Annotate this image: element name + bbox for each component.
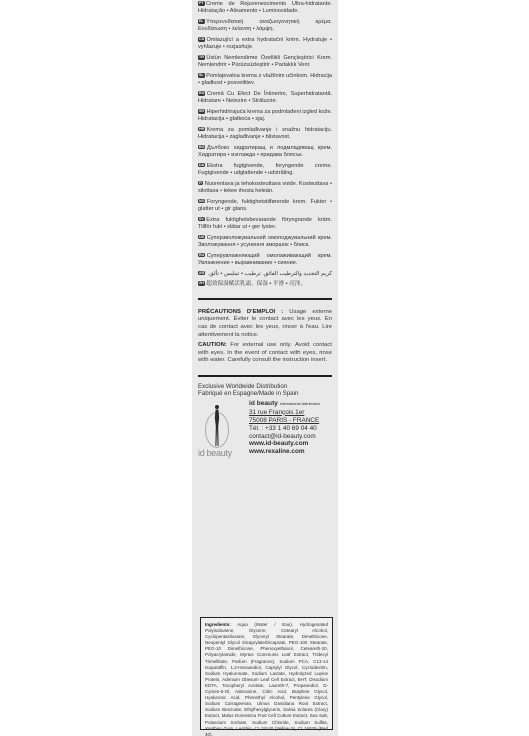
id-beauty-logo: id beauty bbox=[198, 400, 243, 462]
lang-tr: TRÜstün Nemlendirme Özellikli Gençleştir… bbox=[198, 55, 332, 70]
lang-badge: BG bbox=[198, 145, 205, 150]
lang-badge: FI bbox=[198, 181, 203, 186]
lang-badge: NO bbox=[198, 199, 205, 204]
lang-badge: PT bbox=[198, 1, 205, 6]
street-address: 31 rue François 1er bbox=[249, 409, 320, 417]
lang-ro: ROCremă Cu Efect De Întinerire, Superhid… bbox=[198, 91, 332, 106]
section-divider bbox=[198, 375, 332, 377]
lang-cs: CSOmlazující a extra hydratační krém. Hy… bbox=[198, 37, 332, 52]
precautions-en: CAUTION: For external use only. Avoid co… bbox=[192, 342, 338, 365]
logo-wordmark: id beauty bbox=[198, 448, 232, 458]
website-link-rexaline[interactable]: www.rexaline.com bbox=[249, 448, 320, 456]
made-in-line: Fabriqué en Espagne/Made in Spain bbox=[198, 391, 332, 398]
lang-hr: HRKrema za pomlađivanje i snažnu hidrata… bbox=[198, 127, 332, 142]
lang-bg: BGДълбоко хидратиращ и подмладяващ крем.… bbox=[198, 145, 332, 160]
lang-badge: HR bbox=[198, 127, 205, 132]
lang-no: NOForyngende, fuktighetstilførende krem.… bbox=[198, 199, 332, 214]
lang-badge: EL bbox=[198, 19, 205, 24]
lang-badge: RU bbox=[198, 253, 205, 258]
lang-sv: SVExtra fuktighetsbevarande föryngrande … bbox=[198, 217, 332, 232]
lang-badge: SV bbox=[198, 217, 205, 222]
lang-sr: SRHiperhidrirajuća krema za podmlađeni i… bbox=[198, 109, 332, 124]
lang-badge: CS bbox=[198, 37, 205, 42]
lang-badge: UK bbox=[198, 235, 205, 240]
address-block: id beauty international distribution 31 … bbox=[249, 400, 320, 456]
email-address[interactable]: contact@id-beauty.com bbox=[249, 433, 320, 441]
city-address: 75008 PARIS - FRANCE bbox=[249, 417, 320, 425]
company-name: id beauty international distribution bbox=[249, 400, 320, 409]
lang-el: ELΥπερενυδατική αναζωογονητική κρέμα. Εν… bbox=[198, 19, 332, 34]
lang-ru: RUСуперувлажняющий омолаживающий крем. У… bbox=[198, 253, 332, 268]
lang-badge: ZH bbox=[198, 281, 205, 286]
distribution-block: Exclusive Worldwide Distribution Fabriqu… bbox=[192, 384, 338, 468]
lang-da: DAEkstra fugtgivende, foryngende creme. … bbox=[198, 163, 332, 178]
lang-sl: SLPomlajevalna krema z vlažilnim učinkom… bbox=[198, 73, 332, 88]
language-descriptions: PTCreme de Rejuvenescimento Ultra-hidrat… bbox=[192, 0, 338, 289]
lang-badge: SR bbox=[198, 109, 205, 114]
lang-fi: FINuorentava ja tehokosteuttava voide. K… bbox=[198, 181, 332, 196]
ingredients-box: Ingredients: Aqua (Water / Eau), Hydroge… bbox=[200, 617, 333, 730]
lang-zh: ZH超效保湿赋活乳霜。保湿 • 平滑 • 亮泽。 bbox=[198, 281, 332, 288]
lang-ar: ARكريم التجديد والترطيب الفائق. ترطيب • … bbox=[198, 271, 332, 278]
lang-badge: TR bbox=[198, 55, 205, 60]
precautions-fr: PRÉCAUTIONS D'EMPLOI : Usage externe uni… bbox=[192, 309, 338, 339]
lang-badge: DA bbox=[198, 163, 205, 168]
section-divider bbox=[198, 298, 332, 300]
lang-badge: AR bbox=[198, 271, 205, 276]
packaging-label-panel: PTCreme de Rejuvenescimento Ultra-hidrat… bbox=[192, 0, 338, 736]
woman-silhouette-icon bbox=[213, 404, 221, 448]
lang-badge: SL bbox=[198, 73, 205, 78]
lang-badge: RO bbox=[198, 91, 205, 96]
website-link-id-beauty[interactable]: www.id-beauty.com bbox=[249, 440, 320, 448]
lang-uk: UKСуперзволожувальний омолоджувальний кр… bbox=[198, 235, 332, 250]
phone-number: Tél. : +33 1 40 69 04 40 bbox=[249, 425, 320, 433]
lang-pt: PTCreme de Rejuvenescimento Ultra-hidrat… bbox=[198, 1, 332, 16]
